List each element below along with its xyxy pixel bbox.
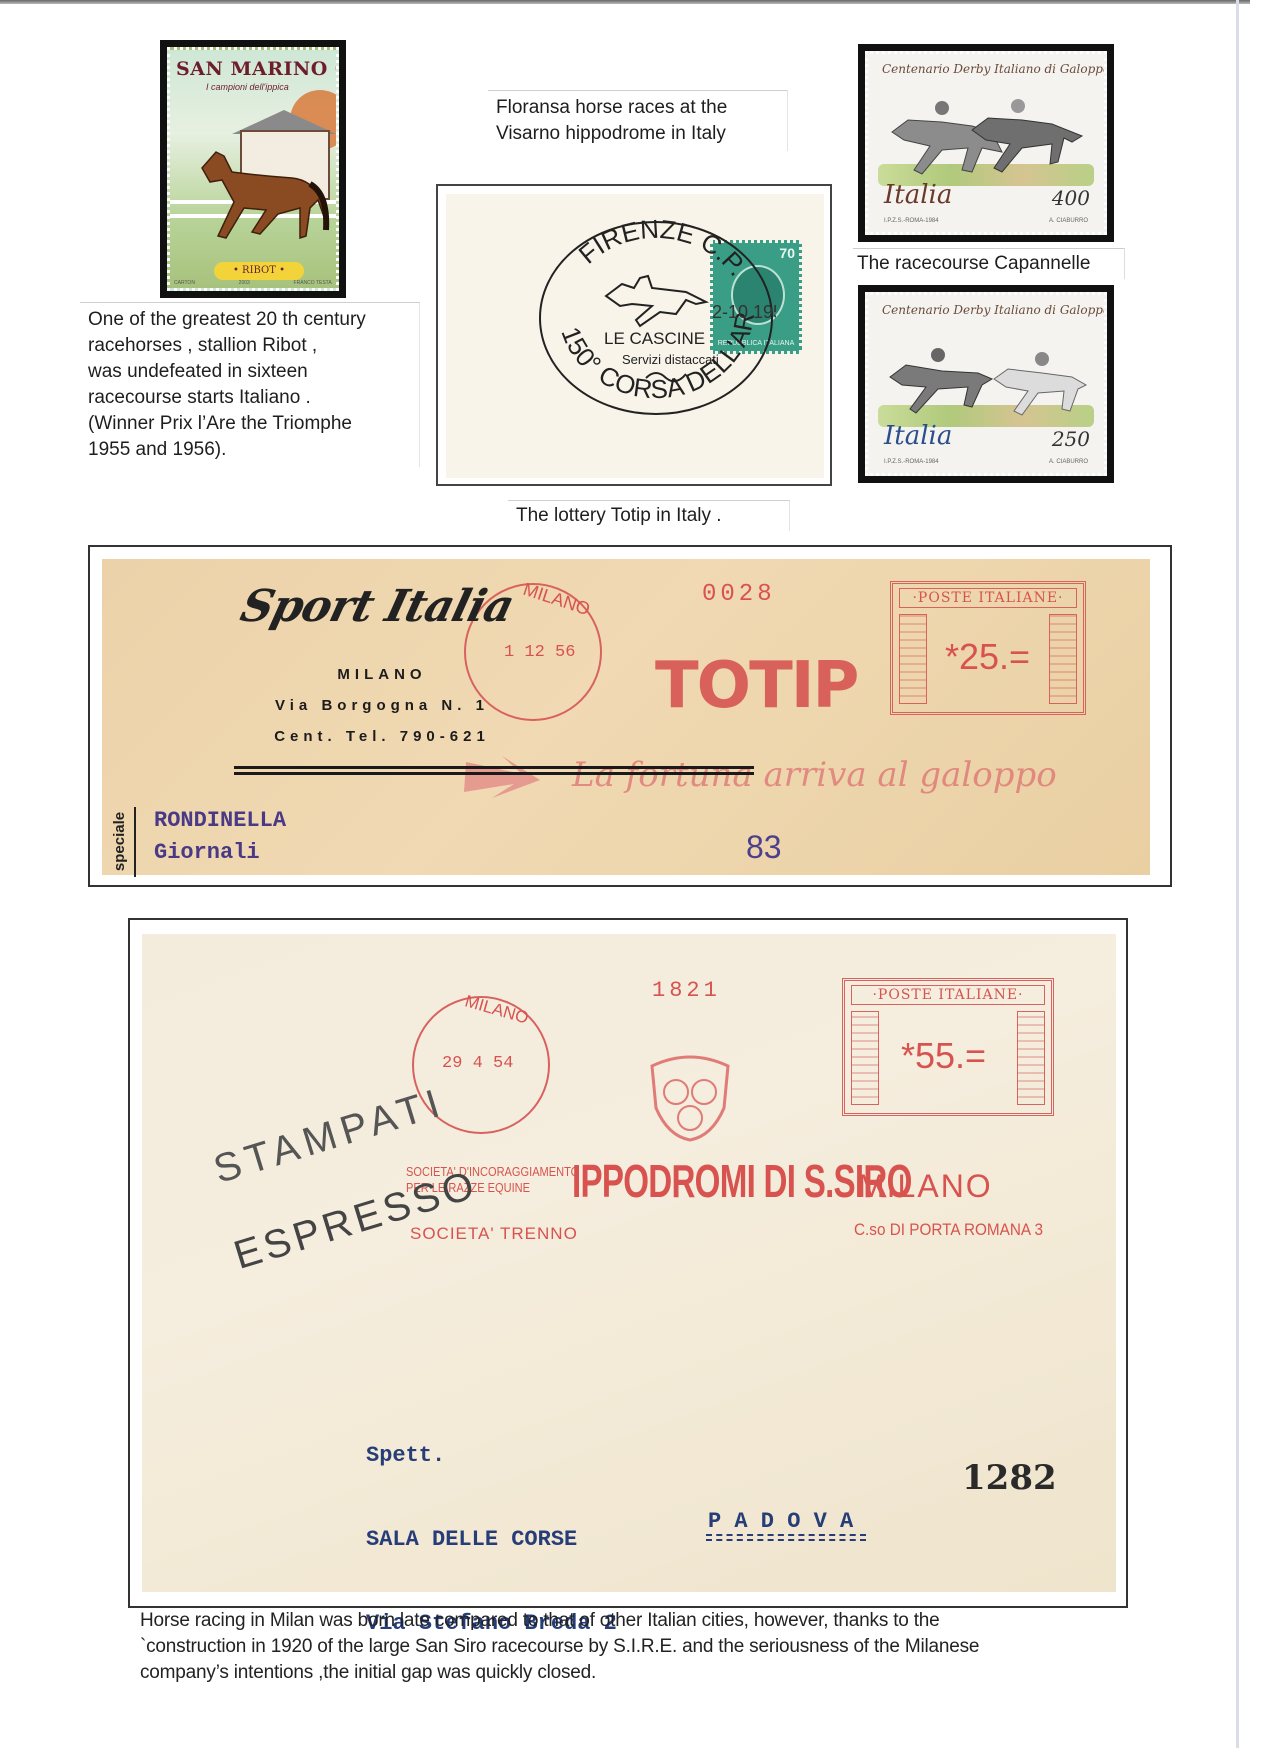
stamp-label-ribot: • RIBOT • [214, 262, 304, 280]
letterhead-street: Via Borgogna N. 1 [252, 690, 512, 721]
arrow-emblem-icon [462, 754, 542, 800]
san-marino-ribot-stamp: SAN MARINO 0,26 I campioni dell'ippica •… [160, 40, 346, 298]
sansiro-description: Horse racing in Milan was born late comp… [140, 1608, 1140, 1686]
recipient-address: RONDINELLA Giornali [154, 805, 286, 869]
recipient-name: RONDINELLA [154, 805, 286, 837]
recipient-line: Giornali [154, 837, 286, 869]
sansiro-envelope-frame: MILANO 29 4 54 1821 ·POSTE ITALIANE· *55… [128, 918, 1128, 1608]
stamp-footer-left: CARTON [174, 280, 195, 286]
description-line: company’s intentions ,the initial gap wa… [140, 1660, 1140, 1686]
meter-value: *55.= [901, 1035, 986, 1077]
description-line: Horse racing in Milan was born late comp… [140, 1608, 1140, 1634]
stamp-footer-right: FRANCO TESTA [294, 280, 332, 286]
floransa-caption: Floransa horse races at the Visarno hipp… [488, 90, 788, 151]
stamp-footer-year: 2003 [239, 280, 250, 286]
stamp-country: Italia [884, 421, 952, 451]
franking-meter-box: ·POSTE ITALIANE· *55.= [842, 978, 1054, 1116]
album-page-right-edge [1236, 0, 1239, 1748]
racehorses-icon [882, 92, 1092, 182]
stamp-script-title: Centenario Derby Italiano di Galoppo [882, 62, 1107, 76]
caption-line: One of the greatest 20 th century [88, 307, 411, 333]
italia-derby-400-stamp: Centenario Derby Italiano di Galoppo Ita… [858, 44, 1114, 242]
stamp-script-title: Centenario Derby Italiano di Galoppo [882, 303, 1107, 317]
speciale-side-label: speciale [112, 807, 136, 877]
stamp-value: 400 [1052, 186, 1090, 210]
totip-envelope-frame: MILANO 1 12 56 Sport Italia MILANO Via B… [88, 545, 1172, 887]
meter-ornament-left [851, 1011, 879, 1105]
recipient-name: SALA DELLE CORSE [366, 1526, 617, 1554]
stamp-designer: A. CIABURRO [1049, 218, 1088, 224]
sport-italia-logo: Sport Italia [236, 581, 519, 632]
svg-text:FIRENZE C.P.: FIRENZE C.P. [573, 218, 754, 281]
fragment-paper: 70 REPUBBLICA ITALIANA FIRENZE C.P. 150°… [446, 194, 824, 478]
caption-line: Floransa horse races at the [496, 95, 779, 121]
meter-ornament-right [1049, 614, 1077, 704]
sender-city: MILANO [858, 1168, 993, 1205]
album-page-top-edge [0, 0, 1250, 4]
letterhead-rule [234, 766, 754, 769]
meter-header: ·POSTE ITALIANE· [851, 985, 1045, 1005]
svg-text:2-10 1957: 2-10 1957 [712, 302, 776, 322]
franking-meter-box: ·POSTE ITALIANE· *25.= [890, 581, 1086, 715]
stamp-value: 70 [779, 245, 795, 261]
postmark-date: 1 12 56 [504, 643, 575, 662]
sender-trenno: SOCIETA' TRENNO [410, 1224, 578, 1244]
recipient-salutation: Spett. [366, 1442, 617, 1470]
caption-line: was undefeated in sixteen [88, 359, 411, 385]
meter-number: 0028 [702, 581, 776, 608]
letterhead-phone: Cent. Tel. 790-621 [252, 721, 512, 752]
stamp-footer: CARTON 2003 FRANCO TESTA [174, 280, 332, 286]
stamp-printer: I.P.Z.S.-ROMA-1984 [884, 218, 939, 224]
side-label-text: speciale [111, 812, 128, 871]
letterhead-city: MILANO [252, 659, 512, 690]
meter-ornament-left [899, 614, 927, 704]
totip-slogan: La fortuna arriva al galoppo [572, 755, 1057, 795]
stamp-subtitle: I campioni dell'ippica [206, 82, 289, 92]
racehorses-icon [882, 333, 1092, 423]
ribot-caption: One of the greatest 20 th century raceho… [80, 302, 420, 467]
svg-text:LE CASCINE: LE CASCINE [604, 329, 705, 348]
stamp-printer: I.P.Z.S.-ROMA-1984 [884, 459, 939, 465]
postmark-oval: FIRENZE C.P. 150° CORSA DELL'ARNO LE CAS… [536, 218, 776, 418]
recipient-city: P A D O V A [708, 1508, 853, 1536]
firenze-cover-fragment: 70 REPUBBLICA ITALIANA FIRENZE C.P. 150°… [436, 184, 832, 486]
caption-line: racecourse starts Italiano . [88, 385, 411, 411]
ippodromi-crest-icon [642, 1052, 738, 1142]
sansiro-envelope: MILANO 29 4 54 1821 ·POSTE ITALIANE· *55… [142, 934, 1116, 1592]
handwritten-number: 83 [746, 829, 782, 866]
meter-header: ·POSTE ITALIANE· [899, 588, 1077, 608]
caption-line: racehorses , stallion Ribot , [88, 333, 411, 359]
description-line: `construction in 1920 of the large San S… [140, 1634, 1140, 1660]
stamp-designer: A. CIABURRO [1049, 459, 1088, 465]
totip-envelope: MILANO 1 12 56 Sport Italia MILANO Via B… [102, 559, 1150, 875]
espresso-handstamp: ESPRESSO [229, 1162, 483, 1279]
horse-icon [182, 138, 332, 248]
caption-line: 1955 and 1956). [88, 437, 411, 463]
postmark-date: 29 4 54 [442, 1054, 513, 1073]
totip-caption: The lottery Totip in Italy . [508, 500, 790, 531]
meter-ornament-right [1017, 1011, 1045, 1105]
city-underline [706, 1534, 866, 1541]
caption-line: (Winner Prix l’Are the Triomphe [88, 411, 411, 437]
totip-logo: TOTIP [655, 649, 857, 723]
stamp-country: Italia [884, 180, 952, 210]
caption-line: Visarno hippodrome in Italy [496, 121, 779, 147]
capannelle-caption: The racecourse Capannelle [853, 248, 1125, 279]
italia-derby-250-stamp: Centenario Derby Italiano di Galoppo Ita… [858, 285, 1114, 483]
meter-value: *25.= [945, 636, 1030, 678]
svg-text:Servizi distaccati: Servizi distaccati [622, 352, 719, 367]
sender-letterhead: MILANO Via Borgogna N. 1 Cent. Tel. 790-… [252, 659, 512, 752]
stamp-value: 250 [1052, 427, 1090, 451]
handstamped-number: 1282 [962, 1458, 1057, 1498]
sender-address: C.so DI PORTA ROMANA 3 [854, 1220, 1043, 1240]
meter-number: 1821 [652, 978, 721, 1003]
stamp-title: SAN MARINO 0,26 [176, 58, 339, 80]
